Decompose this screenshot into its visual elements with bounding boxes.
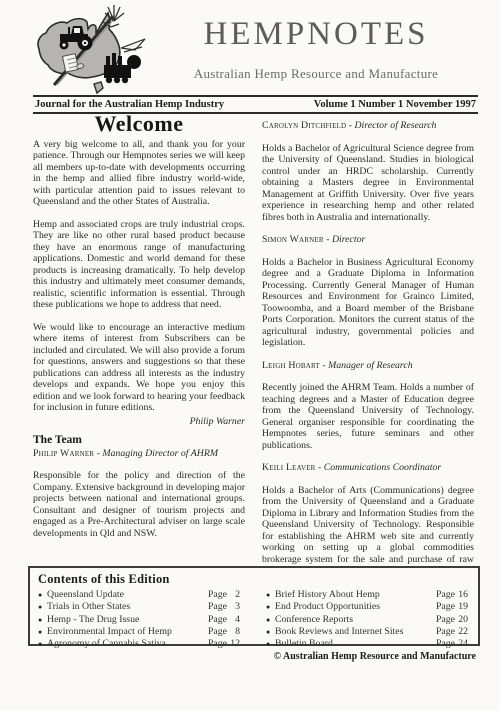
bullet-icon: ● [38, 589, 47, 601]
member-role: Managing Director of AHRM [102, 448, 218, 459]
member-heading-leigh: Leigh Hobart - Manager of Research [262, 360, 474, 372]
bullet-icon: ● [38, 638, 47, 650]
left-column: Welcome A very big welcome to all, and t… [33, 116, 245, 550]
toc-page-word: Page [208, 626, 227, 637]
bullet-icon: ● [38, 601, 47, 613]
toc-page-word: Page [436, 589, 455, 600]
toc-page-num: 22 [455, 626, 468, 638]
contents-columns: ●Queensland UpdatePage2 ●Trials in Other… [38, 589, 468, 650]
toc-page-word: Page [208, 614, 227, 625]
member-bio-leigh: Recently joined the AHRM Team. Holds a n… [262, 382, 474, 451]
bullet-icon: ● [266, 614, 275, 626]
toc-page-word: Page [436, 626, 455, 637]
toc-page: Page4 [208, 614, 240, 626]
toc-page: Page20 [436, 614, 468, 626]
member-bio-philip: Responsible for the policy and direction… [33, 470, 245, 539]
member-name: Leigh Hobart [262, 360, 320, 371]
member-name: Keili Leaver [262, 462, 316, 473]
member-name: Philip Warner [33, 448, 94, 459]
bullet-icon: ● [266, 589, 275, 601]
welcome-heading: Welcome [33, 118, 245, 130]
member-heading-philip: Philip Warner - Managing Director of AHR… [33, 448, 245, 460]
toc-label: End Product Opportunities [275, 601, 436, 613]
member-role: Director [332, 234, 365, 245]
toc-item: ●Hemp - The Drug IssuePage4 [38, 614, 240, 626]
bullet-icon: ● [266, 638, 275, 650]
welcome-paragraph-3: We would like to encourage an interactiv… [33, 322, 245, 414]
toc-page-word: Page [208, 638, 227, 649]
toc-page-word: Page [208, 589, 227, 600]
plane-icon [121, 39, 145, 52]
newsletter-page: HEMPNOTES Australian Hemp Resource and M… [0, 0, 500, 711]
welcome-paragraph-1: A very big welcome to all, and thank you… [33, 139, 245, 208]
contents-heading: Contents of this Edition [38, 572, 468, 587]
issue-line: Volume 1 Number 1 November 1997 [314, 99, 476, 110]
toc-page-num: 3 [227, 601, 240, 613]
toc-label: Conference Reports [275, 614, 436, 626]
signature: Philip Warner [33, 416, 245, 428]
member-name: Carolyn Ditchfield [262, 120, 346, 131]
member-bio-simon: Holds a Bachelor in Business Agricultura… [262, 257, 474, 349]
contents-column-left: ●Queensland UpdatePage2 ●Trials in Other… [38, 589, 240, 650]
bullet-icon: ● [38, 626, 47, 638]
member-role: Director of Research [354, 120, 436, 131]
copyright-line: © Australian Hemp Resource and Manufactu… [274, 651, 476, 662]
newsletter-title: HEMPNOTES [158, 16, 474, 52]
toc-page: Page2 [208, 589, 240, 601]
toc-page: Page19 [436, 601, 468, 613]
toc-label: Queensland Update [47, 589, 208, 601]
member-heading-simon: Simon Warner - Director [262, 234, 474, 246]
welcome-paragraph-2: Hemp and associated crops are truly indu… [33, 219, 245, 311]
toc-item: ●Brief History About HempPage16 [266, 589, 468, 601]
toc-item: ●Environmental Impact of HempPage8 [38, 626, 240, 638]
bullet-icon: ● [38, 614, 47, 626]
masthead: HEMPNOTES Australian Hemp Resource and M… [158, 16, 474, 82]
toc-page-num: 16 [455, 589, 468, 601]
member-bio-carolyn: Holds a Bachelor of Agricultural Science… [262, 143, 474, 224]
toc-item: ●Agronomy of Cannabis SativaPage12 [38, 638, 240, 650]
toc-page-word: Page [436, 601, 455, 612]
member-role: Communications Coordinator [324, 462, 441, 473]
contents-column-right: ●Brief History About HempPage16 ●End Pro… [266, 589, 468, 650]
right-column: Carolyn Ditchfield - Director of Researc… [262, 120, 474, 599]
toc-label: Bulletin Board [275, 638, 436, 650]
toc-item: ●Bulletin BoardPage24 [266, 638, 468, 650]
toc-page-num: 4 [227, 614, 240, 626]
toc-page: Page16 [436, 589, 468, 601]
journal-band: Journal for the Australian Hemp Industry… [35, 97, 476, 111]
newsletter-subtitle: Australian Hemp Resource and Manufacture [158, 66, 474, 82]
member-heading-carolyn: Carolyn Ditchfield - Director of Researc… [262, 120, 474, 132]
name-role-dash: - [97, 448, 100, 459]
toc-page-num: 2 [227, 589, 240, 601]
toc-page-word: Page [436, 614, 455, 625]
toc-page: Page24 [436, 638, 468, 650]
australia-hemp-logo [24, 5, 150, 97]
toc-label: Brief History About Hemp [275, 589, 436, 601]
toc-page-word: Page [436, 638, 455, 649]
toc-label: Agronomy of Cannabis Sativa [47, 638, 208, 650]
factory-icon [104, 53, 141, 83]
name-role-dash: - [349, 120, 352, 131]
name-role-dash: - [322, 360, 325, 371]
toc-page-num: 8 [227, 626, 240, 638]
member-role: Manager of Research [328, 360, 413, 371]
toc-label: Trials in Other States [47, 601, 208, 613]
toc-item: ●Book Reviews and Internet SitesPage22 [266, 626, 468, 638]
toc-page-num: 12 [227, 638, 240, 650]
tasmania-shape [94, 82, 103, 93]
toc-page-num: 20 [455, 614, 468, 626]
toc-page: Page22 [436, 626, 468, 638]
team-heading: The Team [33, 435, 245, 447]
toc-item: ●End Product OpportunitiesPage19 [266, 601, 468, 613]
toc-item: ●Conference ReportsPage20 [266, 614, 468, 626]
toc-page: Page3 [208, 601, 240, 613]
contents-box: Contents of this Edition ●Queensland Upd… [28, 566, 480, 646]
name-role-dash: - [326, 234, 329, 245]
toc-page-num: 19 [455, 601, 468, 613]
toc-item: ●Queensland UpdatePage2 [38, 589, 240, 601]
toc-item: ●Trials in Other StatesPage3 [38, 601, 240, 613]
name-role-dash: - [318, 462, 321, 473]
toc-page: Page8 [208, 626, 240, 638]
toc-page-word: Page [208, 601, 227, 612]
toc-label: Hemp - The Drug Issue [47, 614, 208, 626]
toc-page-num: 24 [455, 638, 468, 650]
member-heading-keili: Keili Leaver - Communications Coordinato… [262, 462, 474, 474]
toc-label: Environmental Impact of Hemp [47, 626, 208, 638]
toc-label: Book Reviews and Internet Sites [275, 626, 436, 638]
toc-page: Page12 [208, 638, 240, 650]
member-name: Simon Warner [262, 234, 324, 245]
bullet-icon: ● [266, 626, 275, 638]
journal-line: Journal for the Australian Hemp Industry [35, 99, 224, 110]
bullet-icon: ● [266, 601, 275, 613]
